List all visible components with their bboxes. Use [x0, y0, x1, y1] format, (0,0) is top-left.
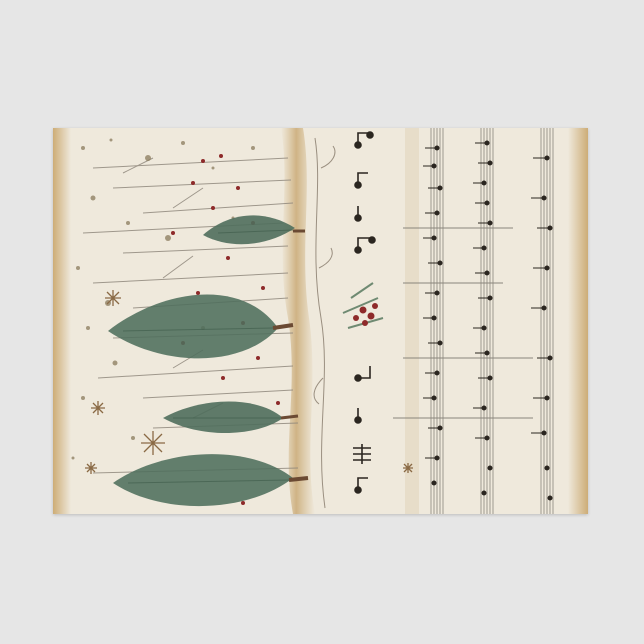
- aged-edge-right: [568, 128, 588, 514]
- artwork: [53, 128, 588, 514]
- product-card: [53, 128, 588, 514]
- aged-edge-left: [53, 128, 71, 514]
